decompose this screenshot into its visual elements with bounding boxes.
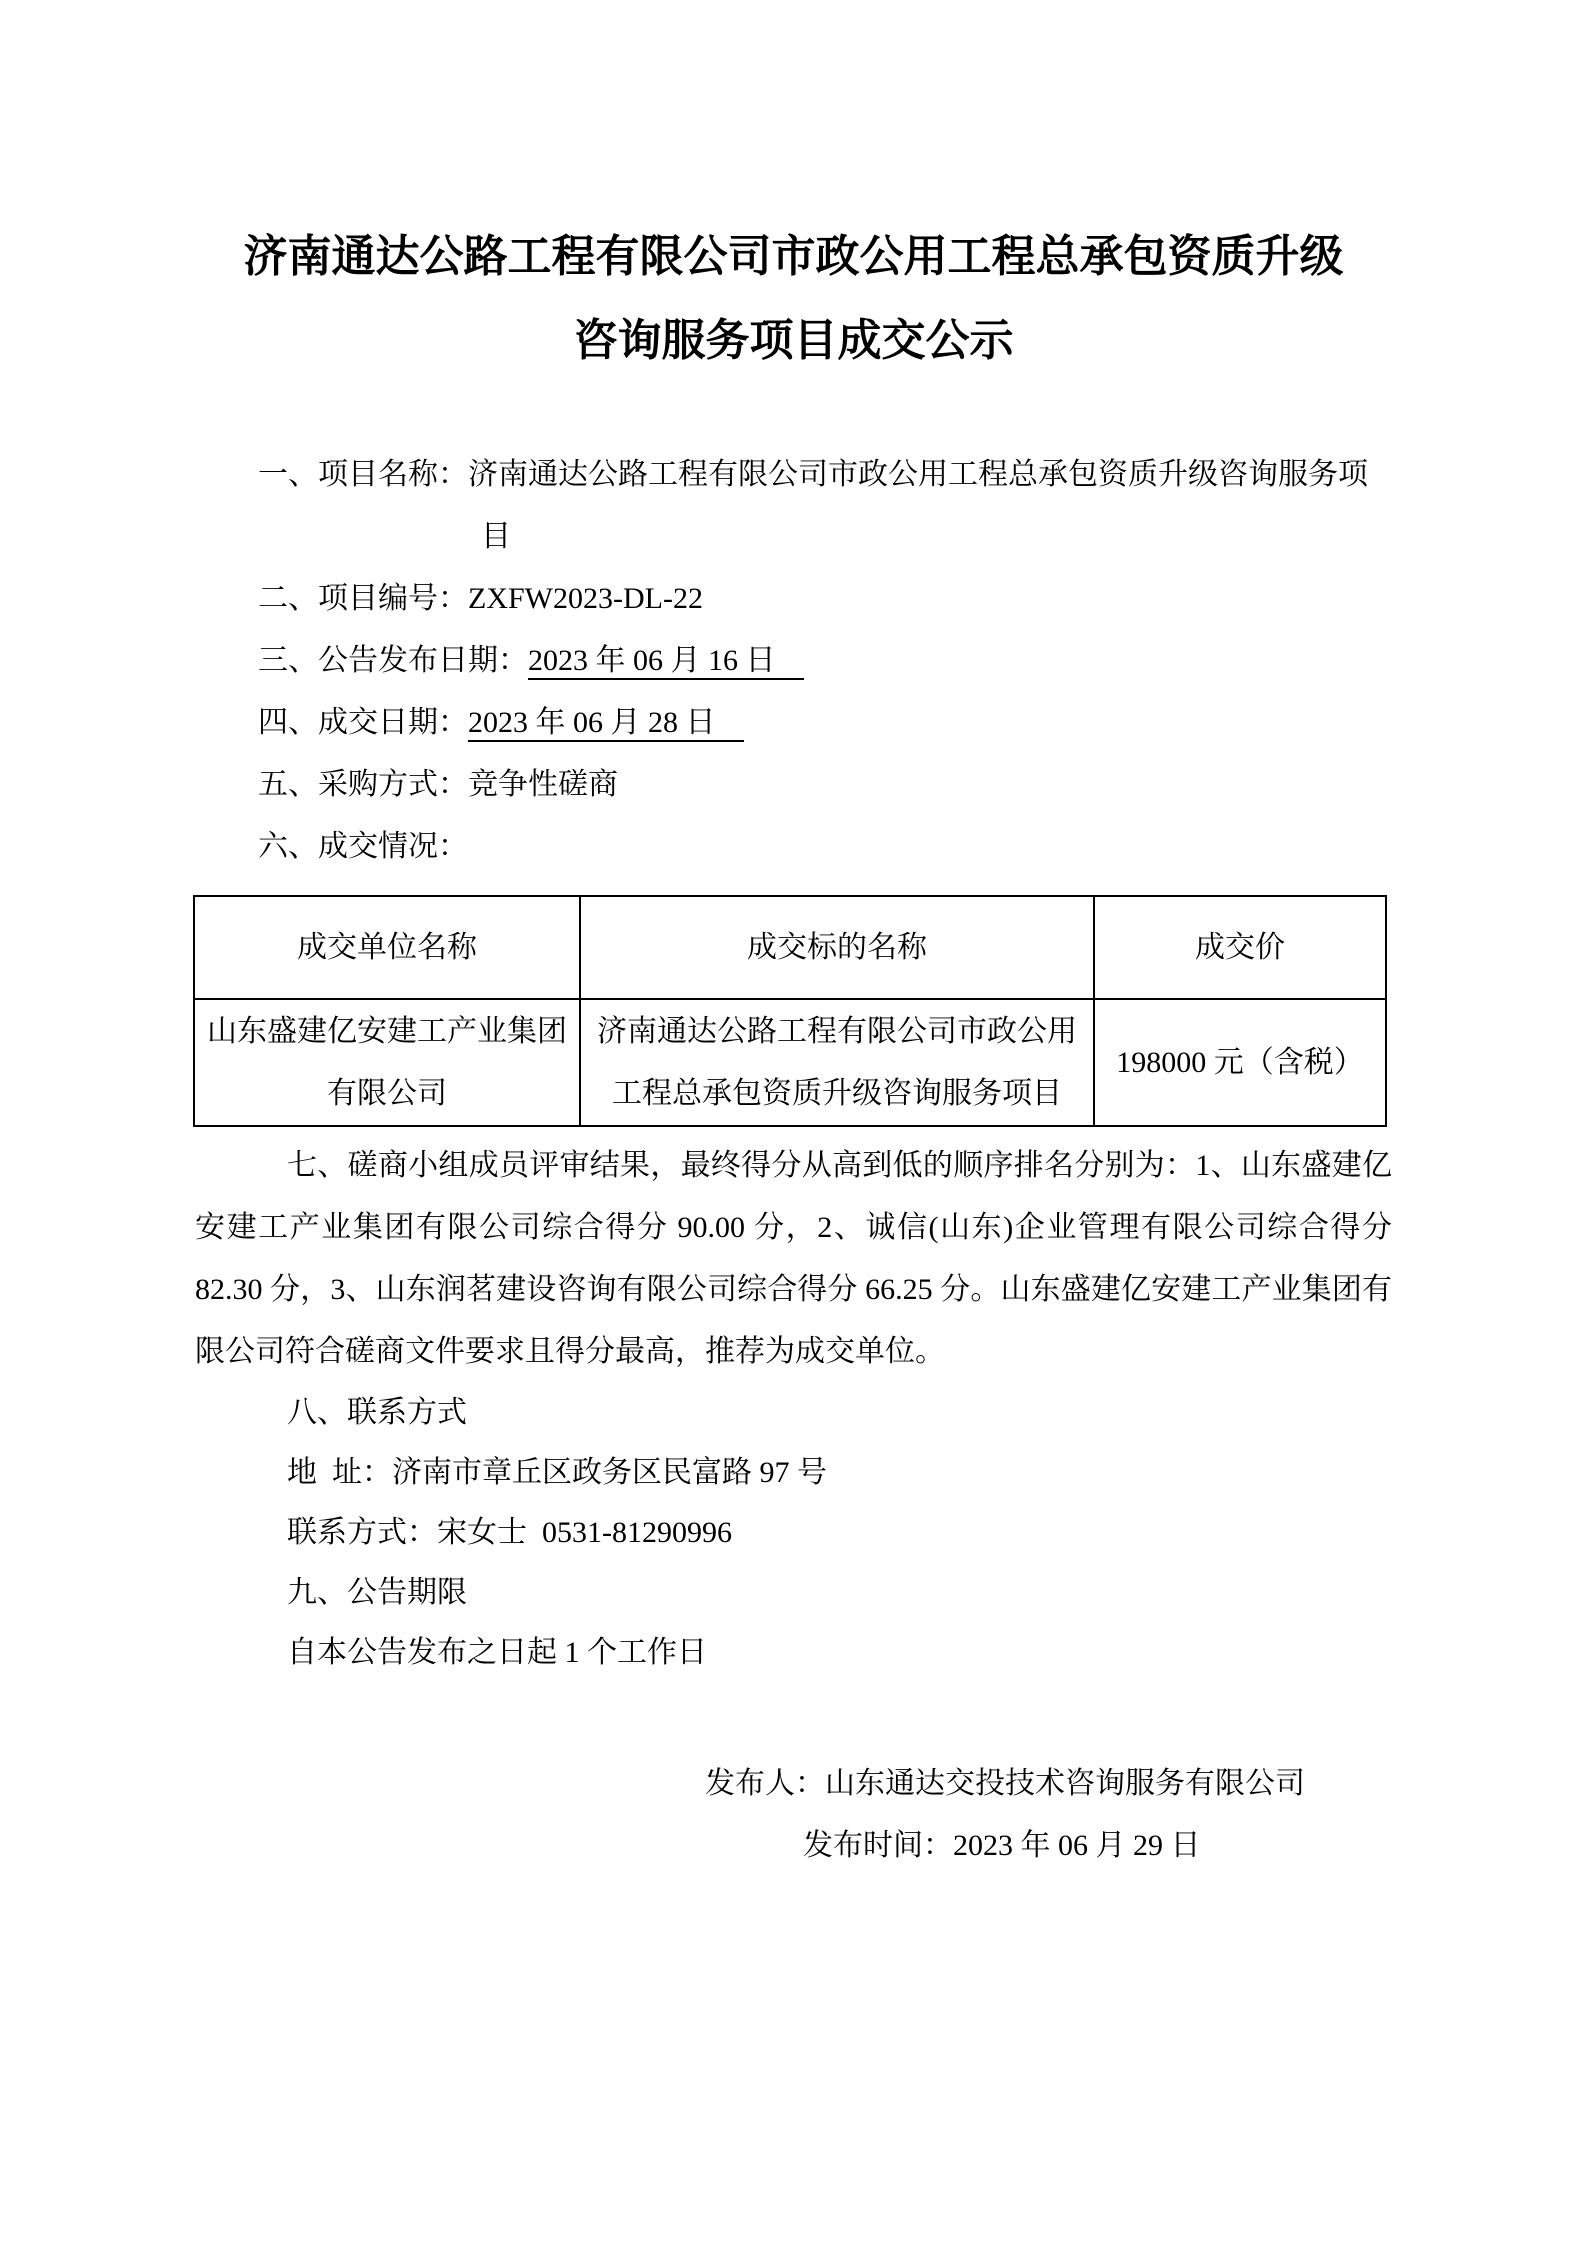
item-announcement-date-label: 三、公告发布日期： (258, 644, 528, 677)
item-project-number: 二、项目编号：ZXFW2023-DL-22 (195, 568, 1392, 630)
section-period-title: 九、公告期限 (195, 1563, 1392, 1623)
page-title: 济南通达公路工程有限公司市政公用工程总承包资质升级咨询服务项目成交公示 (234, 215, 1354, 383)
item-deal-date-label: 四、成交日期： (258, 706, 468, 739)
contact-phone: 联系方式：宋女士 0531-81290996 (195, 1503, 1392, 1563)
item-deal-status: 六、成交情况： (195, 816, 1392, 878)
document-footer: 发布人：山东通达交投技术咨询服务有限公司 发布时间：2023 年 06 月 29… (195, 1753, 1392, 1877)
contact-and-period-section: 八、联系方式 地 址：济南市章丘区政务区民富路 97 号 联系方式：宋女士 05… (195, 1383, 1392, 1683)
numbered-items: 一、项目名称：济南通达公路工程有限公司市政公用工程总承包资质升级咨询服务项目 二… (195, 444, 1392, 878)
publish-date-line: 发布时间：2023 年 06 月 29 日 (803, 1815, 1392, 1877)
document-content: 济南通达公路工程有限公司市政公用工程总承包资质升级咨询服务项目成交公示 一、项目… (195, 0, 1392, 1877)
section-contact-title: 八、联系方式 (195, 1383, 1392, 1443)
evaluation-result-paragraph: 七、磋商小组成员评审结果，最终得分从高到低的顺序排名分别为：1、山东盛建亿安建工… (195, 1135, 1392, 1383)
table-header-row: 成交单位名称 成交标的名称 成交价 (194, 896, 1386, 999)
item-project-name: 一、项目名称：济南通达公路工程有限公司市政公用工程总承包资质升级咨询服务项目 (195, 444, 1392, 568)
header-supplier-name: 成交单位名称 (194, 896, 580, 999)
contact-address: 地 址：济南市章丘区政务区民富路 97 号 (195, 1443, 1392, 1503)
item-announcement-date: 三、公告发布日期：2023 年 06 月 16 日 (195, 630, 1392, 692)
period-text: 自本公告发布之日起 1 个工作日 (195, 1623, 1392, 1683)
deal-result-table: 成交单位名称 成交标的名称 成交价 山东盛建亿安建工产业集团有限公司 济南通达公… (193, 895, 1387, 1127)
document-page: 济南通达公路工程有限公司市政公用工程总承包资质升级咨询服务项目成交公示 一、项目… (0, 0, 1587, 2245)
header-subject-name: 成交标的名称 (580, 896, 1094, 999)
item-deal-date: 四、成交日期：2023 年 06 月 28 日 (195, 692, 1392, 754)
publisher-line: 发布人：山东通达交投技术咨询服务有限公司 (705, 1753, 1392, 1815)
deal-date-value: 2023 年 06 月 28 日 (468, 706, 744, 742)
header-deal-price: 成交价 (1094, 896, 1386, 999)
table-row: 山东盛建亿安建工产业集团有限公司 济南通达公路工程有限公司市政公用工程总承包资质… (194, 999, 1386, 1126)
cell-subject-name: 济南通达公路工程有限公司市政公用工程总承包资质升级咨询服务项目 (580, 999, 1094, 1126)
announcement-date-value: 2023 年 06 月 16 日 (528, 644, 804, 680)
cell-deal-price: 198000 元（含税） (1094, 999, 1386, 1126)
item-procurement-method: 五、采购方式：竞争性磋商 (195, 754, 1392, 816)
cell-supplier-name: 山东盛建亿安建工产业集团有限公司 (194, 999, 580, 1126)
